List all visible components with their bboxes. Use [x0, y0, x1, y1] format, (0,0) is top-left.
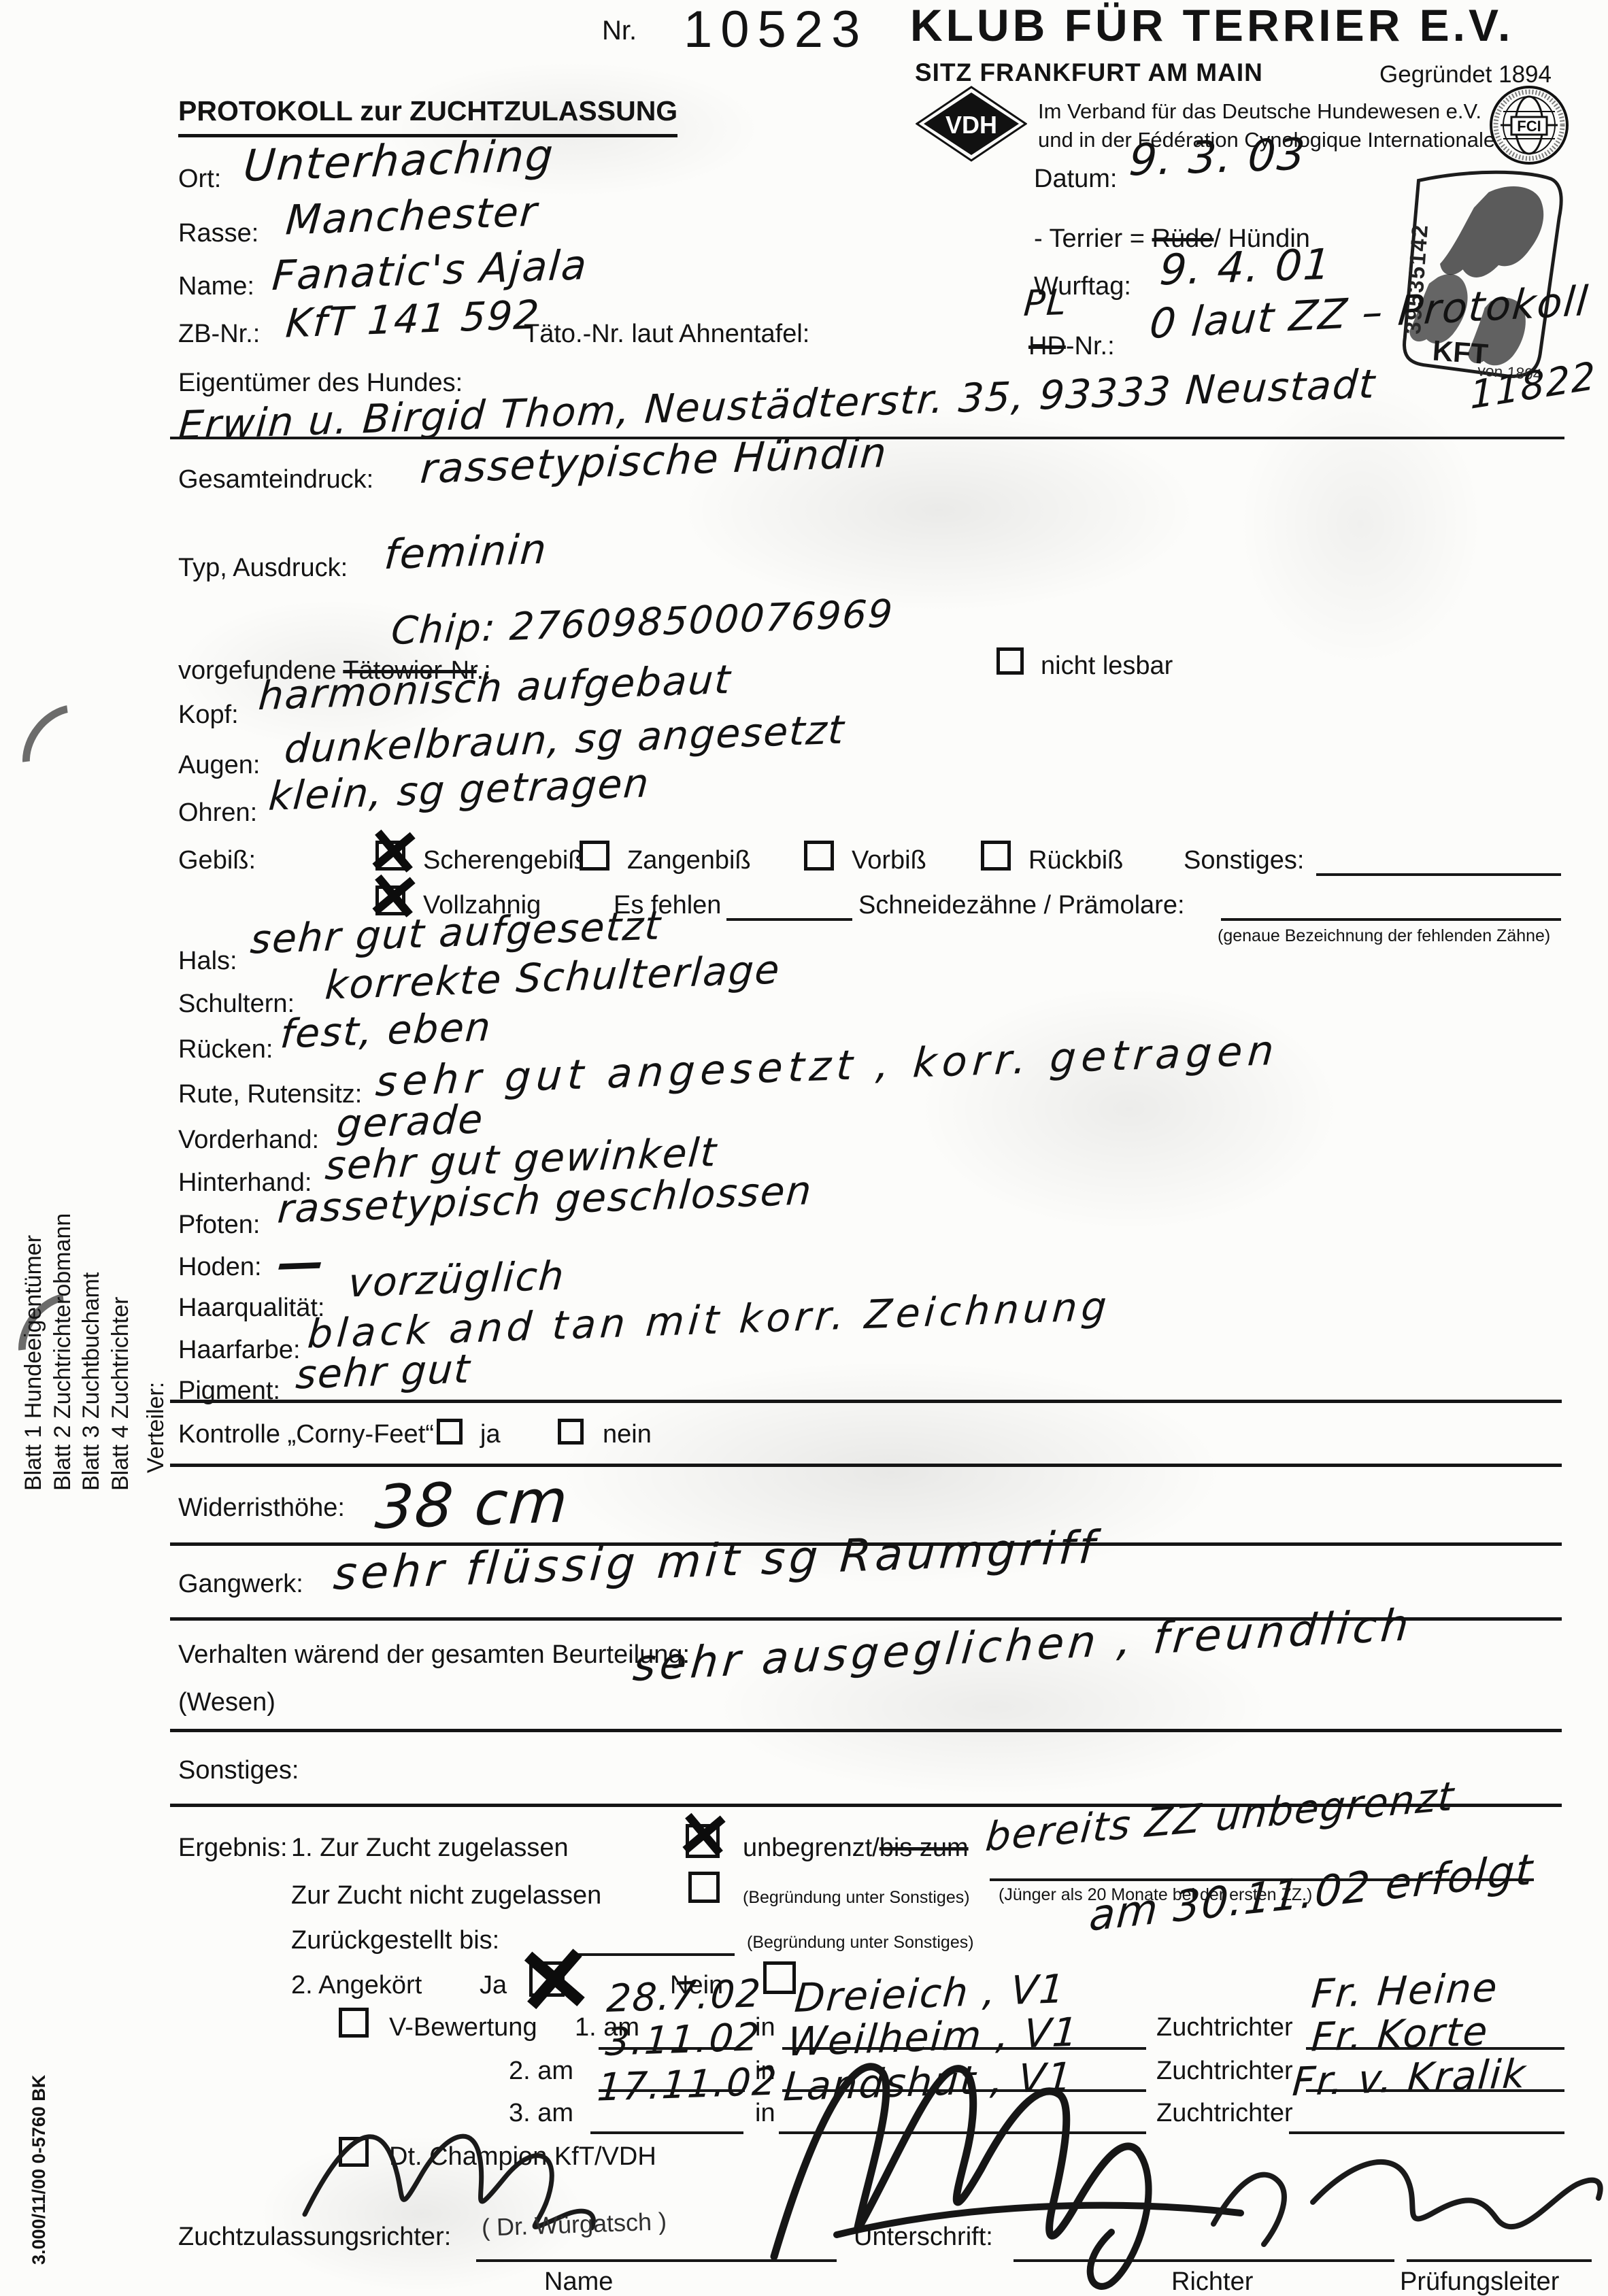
schultern-label: Schultern: [178, 990, 295, 1019]
zuchtzulassungsrichter-line [476, 2259, 837, 2262]
ort-value: Unterhaching [242, 134, 556, 188]
section-divider [170, 1400, 1562, 1403]
rasse-label: Rasse: [178, 219, 258, 249]
vbew-row2-num: 2. am [509, 2057, 573, 2087]
augen-value: dunkelbraun, sg angesetzt [283, 710, 846, 769]
scherengebiss-label: Scherengebiß [423, 846, 584, 876]
vbew-row2-date: 3.11.02 [604, 2019, 762, 2062]
checkbox-nicht-zugelassen [688, 1872, 720, 1903]
rasse-value: Manchester [284, 191, 539, 241]
wuergatsch-stamp-name: ( Dr. Würgatsch ) [481, 2207, 667, 2242]
kopf-label: Kopf: [178, 700, 239, 730]
scan-smudge [1238, 381, 1483, 666]
vbew-row3-date-line [590, 2131, 743, 2134]
verhalten-label: Verhalten wärend der gesamten Beurteilun… [178, 1640, 690, 1670]
verteiler-copy-1: Blatt 1 Hundeeigentümer [19, 974, 48, 1491]
print-code: 3.000/11/00 0-5760 BK [29, 2075, 49, 2265]
pruefungsleiter-caption: Prüfungsleiter [1400, 2267, 1559, 2296]
schneidezaehne-label: Schneidezähne / Prämolare: [858, 891, 1185, 921]
fci-logo: FCI [1488, 84, 1570, 166]
typ-value: feminin [383, 529, 549, 576]
widerristhoehe-value: 38 cm [373, 1471, 571, 1538]
protocol-number: 10523 [684, 0, 868, 59]
ergebnis-label: Ergebnis: [178, 1834, 288, 1863]
scan-smudge [918, 986, 1340, 1231]
club-seat: SITZ FRANKFURT AM MAIN [915, 58, 1263, 88]
zb-label: ZB-Nr.: [178, 320, 260, 350]
zangenbiss-label: Zangenbiß [627, 846, 751, 876]
ruecken-label: Rücken: [178, 1035, 273, 1065]
zb-value: KfT 141 592 [284, 294, 541, 343]
pruefungsleiter-signature-line [1407, 2259, 1592, 2262]
verteiler-label: Verteiler: [141, 974, 171, 1491]
vdh-logo: VDH [916, 86, 1027, 162]
corny-nein-label: nein [603, 1420, 652, 1450]
rute-value: sehr gut angesetzt , korr. getragen [374, 1030, 1280, 1103]
verhalten-value: sehr ausgeglichen , freundlich [631, 1604, 1414, 1688]
checkbox-vorbiss [804, 841, 834, 871]
fci-logo-text: FCI [1517, 118, 1541, 135]
hals-value: sehr gut aufgesetzt [249, 905, 663, 959]
terrier-prefix: - Terrier = [1034, 224, 1152, 253]
hoden-dash: — [276, 1240, 327, 1288]
hd-label: HD-Nr.: [1028, 332, 1115, 362]
nr-label: Nr. [602, 15, 637, 46]
pl-note: PL [1022, 285, 1069, 322]
datum-value: 9. 3. 03 [1128, 133, 1308, 182]
scan-arc-mark [5, 688, 123, 809]
ergebnis-hw1: bereits ZZ unbegrenzt [984, 1776, 1456, 1857]
v-bewertung-label: V-Bewertung [389, 2013, 537, 2043]
x-mark: ✕ [364, 819, 424, 888]
nicht-zugelassen-label: Zur Zucht nicht zugelassen [291, 1881, 601, 1911]
widerristhoehe-label: Widerristhöhe: [178, 1493, 345, 1523]
schultern-value: korrekte Schulterlage [324, 949, 782, 1005]
richter-signature-line [1014, 2259, 1394, 2262]
angekoert-label: 2. Angekört [291, 1971, 422, 2001]
ort-label: Ort: [178, 165, 221, 195]
name-label: Name: [178, 272, 254, 302]
gesamteindruck-label: Gesamteindruck: [178, 465, 373, 495]
name-value: Fanatic's Ajala [271, 245, 589, 297]
unterschrift-label: Unterschrift: [854, 2223, 993, 2252]
hd-struck: HD [1028, 332, 1066, 360]
print-code-block: 3.000/11/00 0-5760 BK [29, 1972, 50, 2265]
wesen-label: (Wesen) [178, 1688, 275, 1718]
checkbox-angekoert-ja: ✕ [529, 1961, 565, 1997]
signature-pruefungsleiter [1197, 2115, 1605, 2272]
zuchtzulassungsrichter-label: Zuchtzulassungsrichter: [178, 2223, 451, 2252]
zur-zucht-zugelassen-label: 1. Zur Zucht zugelassen [291, 1834, 569, 1863]
checkbox-zangenbiss [580, 841, 609, 871]
nicht-lesbar-label: nicht lesbar [1041, 652, 1173, 681]
sonstiges-gebiss-line [1316, 873, 1561, 876]
checkbox-angekoert-nein [763, 1961, 796, 1994]
ohren-label: Ohren: [178, 798, 257, 828]
vbew-row3-date: 17.11.02 [596, 2063, 779, 2107]
signature-richter [755, 2006, 1258, 2296]
haarqualitaet-label: Haarqualität: [178, 1294, 324, 1323]
protocol-title: PROTOKOLL zur ZUCHTZULASSUNG [178, 95, 677, 137]
corny-ja-label: ja [480, 1420, 501, 1450]
name-caption: Name [544, 2267, 613, 2296]
association-line1: Im Verband für das Deutsche Hundewesen e… [1038, 99, 1481, 124]
vbew-row1-date: 28.7.02 [605, 1975, 763, 2019]
taeto-label: Täto.-Nr. laut Ahnentafel: [524, 320, 809, 350]
rute-label: Rute, Rutensitz: [178, 1080, 362, 1110]
pfoten-label: Pfoten: [178, 1211, 260, 1240]
gangwerk-label: Gangwerk: [178, 1570, 303, 1600]
stamp-dog-head-1 [1439, 182, 1545, 282]
richter-caption: Richter [1171, 2267, 1253, 2296]
verteiler-copy-4: Blatt 4 Zuchtrichter [106, 974, 135, 1491]
vbew-row1-name: Fr. Heine [1310, 1968, 1500, 2014]
gesamteindruck-value: rassetypische Hündin [419, 433, 889, 490]
wurftag-value: 9. 4. 01 [1158, 243, 1333, 291]
rueckbiss-label: Rückbiß [1028, 846, 1123, 876]
sonstiges-label: Sonstiges: [178, 1756, 299, 1786]
augen-label: Augen: [178, 751, 260, 781]
bis-zum-struck: bis zum [880, 1834, 969, 1862]
checkbox-scherengebiss: ✕ [375, 841, 405, 871]
section-divider [170, 1729, 1562, 1732]
verteiler-copy-3: Blatt 3 Zuchtbuchamt [77, 974, 106, 1491]
scanned-protocol-page: Nr. 10523 KLUB FÜR TERRIER E.V. SITZ FRA… [0, 0, 1608, 2296]
unbegrenzt-label: unbegrenzt/bis zum [743, 1834, 969, 1863]
haarfarbe-label: Haarfarbe: [178, 1336, 301, 1366]
kft-stamp: 39535142 KFT von 1894 [1373, 156, 1586, 394]
vdh-logo-text: VDH [945, 111, 997, 139]
vbew-row3-name: Fr. v. Kralik [1291, 2054, 1528, 2101]
checkbox-rueckbiss [981, 841, 1011, 871]
checkbox-corny-ja [437, 1419, 463, 1445]
angekoert-ja-label: Ja [480, 1971, 507, 2001]
x-mark: ✕ [674, 1802, 734, 1872]
ergebnis-hw2: am 30.11.02 erfolgt [1088, 1848, 1535, 1937]
vorderhand-label: Vorderhand: [178, 1126, 319, 1155]
begruendung-note-1: (Begründung unter Sonstiges) [743, 1888, 970, 1908]
datum-label: Datum: [1034, 165, 1117, 195]
club-title: KLUB FÜR TERRIER E.V. [910, 0, 1513, 52]
gebiss-label: Gebiß: [178, 846, 256, 876]
section-divider [170, 1464, 1562, 1467]
begruendung-note-2: (Begründung unter Sonstiges) [747, 1933, 974, 1953]
verteiler-copy-2: Blatt 2 Zuchtrichterobmann [48, 974, 78, 1491]
haarqualitaet-value: vorzüglich [347, 1255, 566, 1302]
checkbox-corny-nein [558, 1419, 584, 1445]
ruecken-value: fest, eben [279, 1007, 493, 1053]
pigment-value: sehr gut [295, 1349, 472, 1394]
typ-label: Typ, Ausdruck: [178, 554, 348, 584]
genaue-bezeichnung-note: (genaue Bezeichnung der fehlenden Zähne) [1218, 926, 1550, 946]
corny-feet-label: Kontrolle „Corny-Feet“ [178, 1420, 434, 1450]
zurueckgestellt-label: Zurückgestellt bis: [291, 1926, 499, 1956]
hd-rest: -Nr.: [1066, 332, 1115, 360]
schneidezaehne-line [1221, 918, 1561, 921]
hals-label: Hals: [178, 947, 237, 977]
unbegrenzt-text: unbegrenzt/ [743, 1834, 880, 1862]
vorbiss-label: Vorbiß [852, 846, 926, 876]
verteiler-block: Blatt 1 Hundeeigentümer Blatt 2 Zuchtric… [19, 974, 171, 1491]
checkbox-nicht-lesbar [996, 647, 1024, 675]
ohren-value: klein, sg getragen [267, 763, 651, 816]
checkbox-unbegrenzt: ✕ [686, 1824, 720, 1858]
chip-value: Chip: 276098500076969 [390, 595, 894, 651]
sonstiges-gebiss-label: Sonstiges: [1184, 846, 1304, 876]
checkbox-v-bewertung [339, 2008, 369, 2038]
es-fehlen-line [726, 918, 852, 921]
zurueckgestellt-line [575, 1953, 735, 1956]
vbew-row2-name: Fr. Korte [1310, 2011, 1490, 2057]
hoden-label: Hoden: [178, 1253, 262, 1283]
